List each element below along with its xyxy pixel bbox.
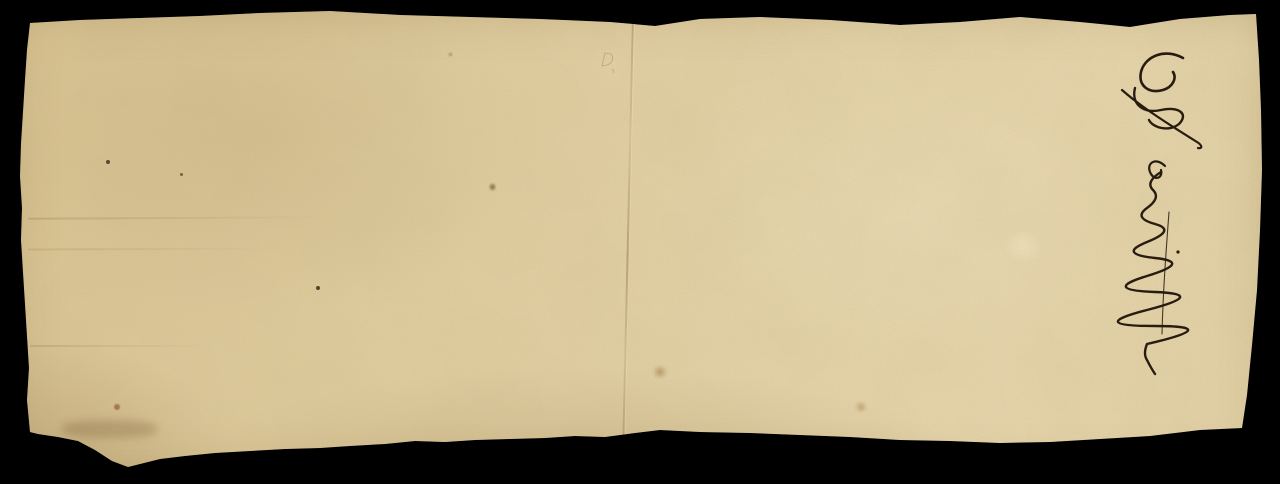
stain-spot	[448, 52, 453, 57]
stain-spot	[854, 402, 868, 412]
ink-speck	[316, 286, 320, 290]
inscription-strokes	[1118, 54, 1201, 374]
horizontal-crease	[28, 248, 288, 251]
ink-dot	[1176, 250, 1179, 253]
scanned-document-page: { "scene": { "type": "scan of an aged fo…	[0, 0, 1280, 484]
ink-speck	[180, 173, 183, 176]
handwritten-inscription	[1105, 48, 1215, 383]
paper-sheet	[0, 0, 1280, 484]
stain-spot	[652, 366, 668, 378]
scanner-background	[0, 0, 1280, 484]
pencil-mark	[598, 50, 620, 76]
edge-smudge	[62, 420, 157, 438]
pencil-mark-strokes	[602, 53, 614, 73]
stain-spot	[114, 404, 120, 410]
stain-spot	[489, 182, 496, 192]
horizontal-crease	[28, 216, 328, 220]
light-patch	[1000, 232, 1046, 260]
paper-texture	[0, 0, 1280, 484]
ink-speck	[106, 160, 110, 164]
horizontal-crease	[30, 345, 210, 347]
